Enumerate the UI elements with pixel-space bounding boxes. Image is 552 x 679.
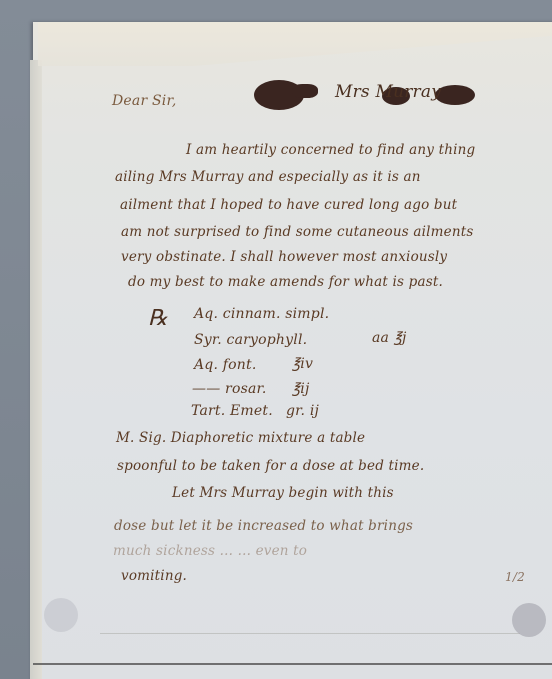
body-line: am not surprised to find some cutaneous …	[121, 224, 474, 240]
body-line: do my best to make amends for what is pa…	[128, 274, 443, 290]
body-line: I am heartily concerned to find any thin…	[186, 142, 475, 158]
addressee-name: Mrs Murray	[335, 82, 441, 102]
prescription-dose: gr. ij	[286, 403, 319, 419]
directions-line: dose but let it be increased to what bri…	[114, 518, 413, 534]
ink-blot	[292, 84, 318, 98]
library-stamp-right	[512, 603, 546, 637]
directions-line: spoonful to be taken for a dose at bed t…	[117, 458, 424, 474]
paper-left-edge	[30, 60, 42, 679]
prescription-dose: ℥iv	[292, 356, 313, 372]
directions-line: Let Mrs Murray begin with this	[172, 485, 394, 501]
prescription-ingredient: Aq. cinnam. simpl.	[194, 306, 329, 322]
prescription-ingredient: Tart. Emet.	[191, 403, 273, 419]
prescription-ingredient: Syr. caryophyll.	[194, 332, 307, 348]
recipe-symbol-icon: ℞	[148, 306, 168, 331]
page-mark: 1/2	[505, 570, 525, 584]
library-stamp-left	[44, 598, 78, 632]
directions-line: much sickness ... ... even to	[113, 543, 307, 559]
manuscript-page	[33, 22, 552, 679]
directions-line: vomiting.	[121, 568, 187, 584]
prescription-ingredient: Aq. font.	[194, 357, 256, 373]
directions-line: M. Sig. Diaphoretic mixture a table	[116, 430, 365, 446]
fold-line	[33, 663, 552, 665]
body-line: ailing Mrs Murray and especially as it i…	[115, 169, 421, 185]
crease-line	[100, 633, 520, 634]
prescription-dose: aa ℥j	[372, 330, 407, 346]
prescription-ingredient: —— rosar.	[192, 381, 267, 397]
prescription-dose: ℥ij	[292, 381, 310, 397]
body-line: ailment that I hoped to have cured long …	[120, 197, 457, 213]
body-line: very obstinate. I shall however most anx…	[121, 249, 447, 265]
salutation: Dear Sir,	[112, 93, 176, 109]
